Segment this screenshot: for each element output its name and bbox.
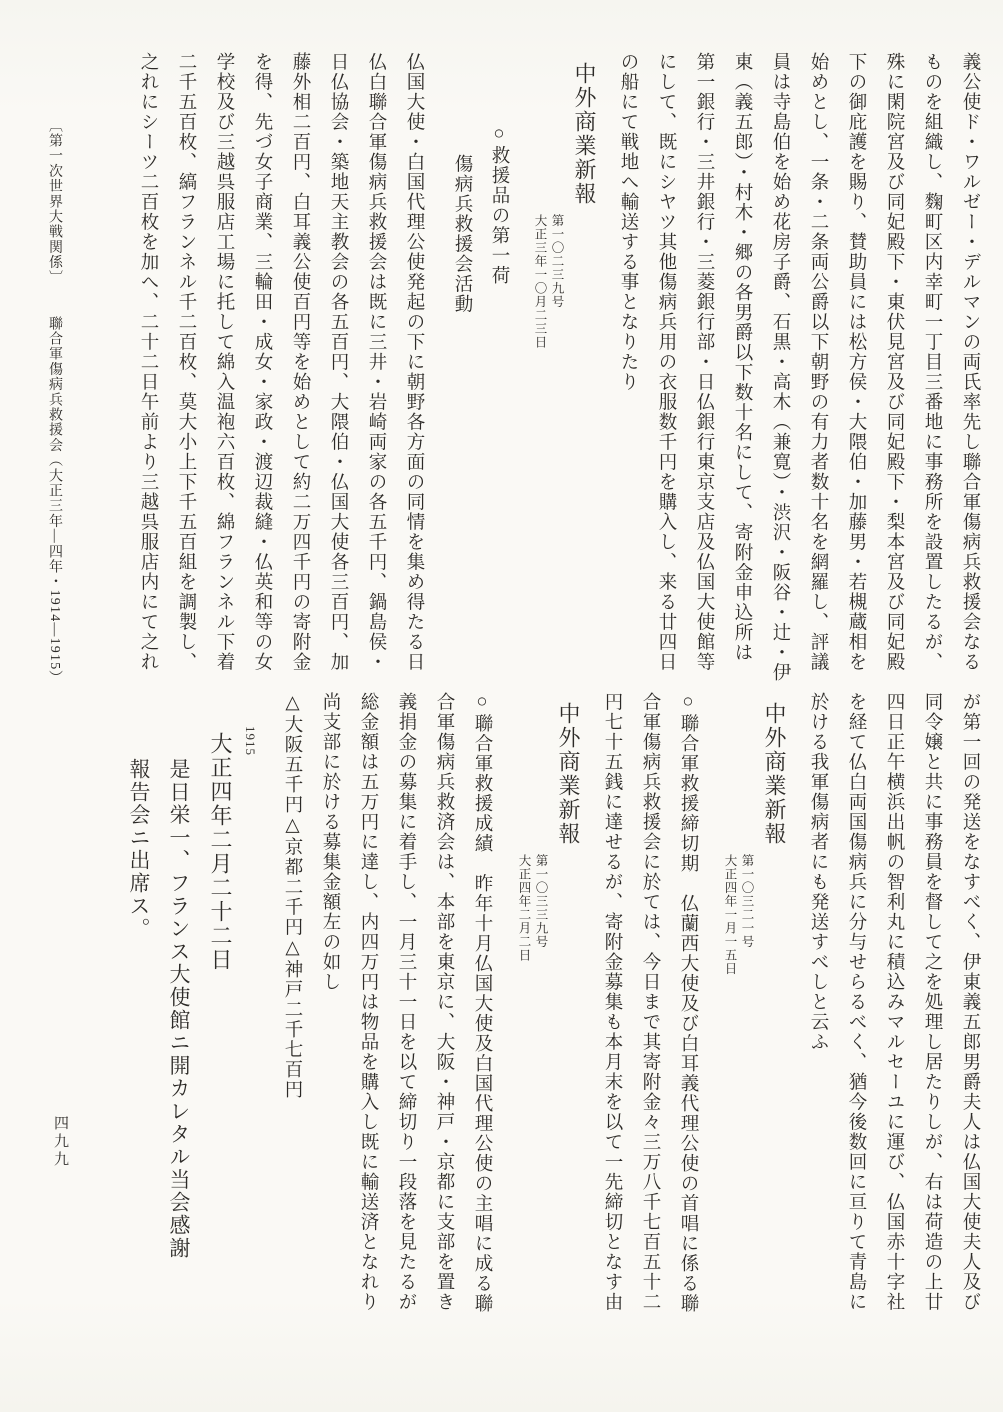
- body-line: 殊に閑院宮及び同妃殿下・東伏見宮及び同妃殿下・梨本宮及び同妃殿: [875, 52, 913, 704]
- newspaper-title: 中外商業新報: [755, 692, 793, 1342]
- body-line: 義公使ド・ワルゼー・デルマンの両氏率先し聯合軍傷病兵救援会なる: [951, 52, 989, 704]
- body-line: にして、既にシヤツ其他傷病兵用の衣服数千円を購入し、来る廿四日: [647, 52, 685, 704]
- body-line: 於ける我軍傷病者にも発送すべしと云ふ: [799, 692, 837, 1342]
- headline-sub: 傷病兵救援会活動: [443, 52, 480, 704]
- article2-source-header: 中外商業新報 第一〇三二一号 大正四年一月一五日: [721, 692, 793, 1342]
- body-line: 尚支部に於ける募集金額左の如し: [311, 692, 349, 1342]
- article1-headline: ○救援品の第一荷 傷病兵救援会活動: [443, 52, 517, 704]
- body-line: ○聯合軍救援成績 昨年十月仏国大使及白国代理公使の主唱に成る聯: [463, 692, 501, 1342]
- issue-number: 第一〇二三九号: [548, 52, 565, 704]
- body-line: 仏白聯合軍傷病兵救援会は既に三井・岩崎両家の各五千円、鍋島侯・: [357, 52, 395, 704]
- issue-date: 大正四年一月一五日: [721, 692, 738, 1342]
- body-line: 四日正午横浜出帆の智利丸に積込みマルセーユに運び、仏国赤十字社: [875, 692, 913, 1342]
- issue-number: 第一〇三二一号: [738, 692, 755, 1342]
- running-title: 〔第一次世界大戦関係〕 聯合軍傷病兵救援会（大正三年―四年・1914―1915）: [44, 118, 64, 758]
- body-line: 義捐金の募集に着手し、一月三十一日を以て締切り一段落を見たるが: [387, 692, 425, 1342]
- issue-and-date: 第一〇二三九号 大正三年一〇月二三日: [531, 52, 565, 704]
- running-title-bracket: 〔第一次世界大戦関係〕: [47, 118, 62, 285]
- issue-date: 大正四年二月二日: [515, 692, 532, 1342]
- issue-and-date: 第一〇三二一号 大正四年一月一五日: [721, 692, 755, 1342]
- body-line: の船にて戦地へ輸送する事となりたり: [609, 52, 647, 704]
- body-line: 之れにシーツ二百枚を加へ、二十二日午前より三越呉服店内にて之れ: [129, 52, 167, 704]
- body-line: 合軍傷病兵救済会は、本部を東京に、大阪・神戸・京都に支部を置き: [425, 692, 463, 1342]
- body-line: △大阪五千円△京都二千円△神戸二千七百円: [273, 692, 311, 1342]
- running-title-text: 聯合軍傷病兵救援会（大正三年―四年・1914―1915）: [47, 316, 62, 686]
- article1-source-header: 中外商業新報 第一〇二三九号 大正三年一〇月二三日: [531, 52, 603, 704]
- body-line: 始めとし、一条・二条両公爵以下朝野の有力者数十名を網羅し、評議: [799, 52, 837, 704]
- body-line: を経て仏白両国傷病兵に分与せらるべく、猶今後数回に亘りて青島に: [837, 692, 875, 1342]
- entry-year-marker: 1915: [241, 692, 259, 1342]
- body-line: ものを組織し、麴町区内幸町一丁目三番地に事務所を設置したるが、: [913, 52, 951, 704]
- issue-number: 第一〇三三九号: [532, 692, 549, 1342]
- entry-date: 大正四年二月二十二日: [199, 692, 241, 1342]
- bottom-text-band: が第一回の発送をなすべく、伊東義五郎男爵夫人は仏国大使夫人及び 同令嬢と共に事務…: [105, 692, 989, 1342]
- top-text-band: 義公使ド・ワルゼー・デルマンの両氏率先し聯合軍傷病兵救援会なる ものを組織し、麴…: [105, 52, 989, 704]
- newspaper-title: 中外商業新報: [549, 692, 587, 1342]
- body-line: 合軍傷病兵救援会に於ては、今日まで其寄附金々三万八千七百五十二: [631, 692, 669, 1342]
- body-line: 第一銀行・三井銀行・三菱銀行部・日仏銀行東京支店及仏国大使館等: [685, 52, 723, 704]
- issue-and-date: 第一〇三三九号 大正四年二月二日: [515, 692, 549, 1342]
- body-line: 二千五百枚、縞フランネル千二百枚、莫大小上下千五百組を調製し、: [167, 52, 205, 704]
- body-line: 藤外相二百円、白耳義公使百円等を始めとして約二万四千円の寄附金: [281, 52, 319, 704]
- entry-line: 是日栄一、フランス大使館ニ開カレタル当会感謝: [159, 692, 199, 1342]
- body-line: 同令嬢と共に事務員を督して之を処理し居たりしが、右は荷造の上廿: [913, 692, 951, 1342]
- article3-source-header: 中外商業新報 第一〇三三九号 大正四年二月二日: [515, 692, 587, 1342]
- body-line: を得、先づ女子商業、三輪田・成女・家政・渡辺裁縫・仏英和等の女: [243, 52, 281, 704]
- diary-entry: 1915 大正四年二月二十二日 是日栄一、フランス大使館ニ開カレタル当会感謝 報…: [119, 692, 259, 1342]
- headline-main: ○救援品の第一荷: [480, 52, 517, 704]
- body-line: 総金額は五万円に達し、内四万円は物品を購入し既に輸送済となれり: [349, 692, 387, 1342]
- newspaper-title: 中外商業新報: [565, 52, 603, 704]
- body-line: 円七十五銭に達せるが、寄附金募集も本月末を以て一先締切となす由: [593, 692, 631, 1342]
- page-number: 四九九: [50, 1115, 71, 1169]
- body-line: 員は寺島伯を始め花房子爵、石黒・高木（兼寛）・渋沢・阪谷・辻・伊: [761, 52, 799, 704]
- body-line: 日仏協会・築地天主教会の各五百円、大隈伯・仏国大使各三百円、加: [319, 52, 357, 704]
- body-line: 下の御庇護を賜り、賛助員には松方侯・大隈伯・加藤男・若槻蔵相を: [837, 52, 875, 704]
- issue-date: 大正三年一〇月二三日: [531, 52, 548, 704]
- body-line: 仏国大使・白国代理公使発起の下に朝野各方面の同情を集め得たる日: [395, 52, 433, 704]
- body-line: ○聯合軍救援締切期 仏蘭西大使及び白耳義代理公使の首唱に係る聯: [669, 692, 707, 1342]
- body-line: が第一回の発送をなすべく、伊東義五郎男爵夫人は仏国大使夫人及び: [951, 692, 989, 1342]
- body-line: 学校及び三越呉服店工場に托して綿入温袍六百枚、綿フランネル下着: [205, 52, 243, 704]
- book-page: 義公使ド・ワルゼー・デルマンの両氏率先し聯合軍傷病兵救援会なる ものを組織し、麴…: [0, 0, 1003, 1412]
- entry-line: 報告会ニ出席ス。: [119, 692, 159, 1342]
- body-line: 東（義五郎）・村木・郷の各男爵以下数十名にして、寄附金申込所は: [723, 52, 761, 704]
